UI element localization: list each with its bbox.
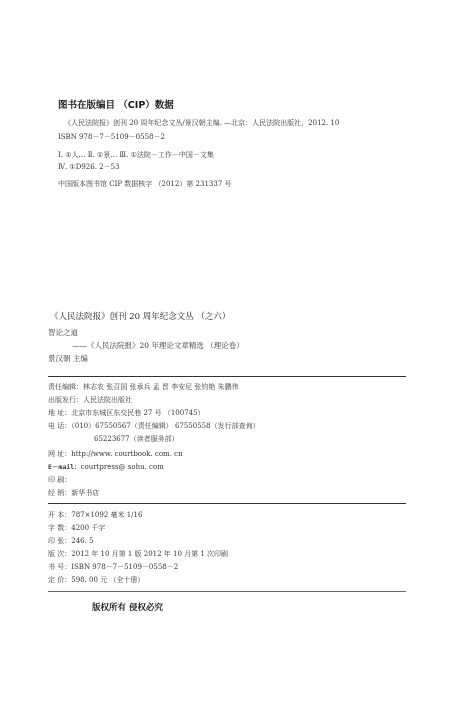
book-subtitle: ——《人民法院报》20 年理论文章精选 （理论卷）	[72, 340, 244, 351]
copyright-notice: 版权所有 侵权必究	[92, 601, 163, 613]
spec-row-wordcount: 字 数：4200 千字	[48, 523, 105, 533]
series-title: 《人民法院报》创刊 20 周年纪念文丛 （之六）	[50, 310, 230, 322]
cip-line-classification: Ⅰ. ①人… Ⅱ. ①景… Ⅲ. ①法院－工作－中国－文集	[58, 150, 214, 160]
spec-row-isbn: 书 号：ISBN 978－7－5109－0558－2	[48, 562, 178, 572]
publisher-row-email: E－mail：courtpress@ sohu. com	[48, 462, 164, 471]
cip-line-1: 《人民法院报》创刊 20 周年纪念文丛/景汉朝主编. —北京：人民法院出版社，2…	[64, 118, 339, 128]
cip-line-clc: Ⅳ. ①D926. 2－53	[58, 162, 120, 172]
book-editor: 景汉朝 主编	[48, 353, 88, 364]
publisher-row-seller: 经 销：新华书店	[48, 488, 99, 498]
cip-title: 图书在版编目 （CIP）数据	[58, 97, 174, 111]
website-link[interactable]: http://www. courtbook. com. cn	[71, 450, 182, 458]
publisher-row-phone: 电 话：（010）67550567（责任编辑） 67550558（发行部查询）	[48, 421, 260, 431]
divider-middle	[48, 503, 406, 504]
publisher-row-phone-2: 65223677（读者服务部）	[94, 434, 179, 444]
spec-row-price: 定 价：598. 00 元 （全十册）	[48, 575, 144, 585]
book-title: 智论之道	[48, 327, 78, 338]
cip-line-isbn: ISBN 978－7－5109－0558－2	[58, 132, 165, 142]
spec-row-edition: 版 次：2012 年 10 月第 1 版 2012 年 10 月第 1 次印刷	[48, 549, 228, 559]
publisher-row-address: 地 址：北京市东城区东交民巷 27 号 （100745）	[48, 408, 205, 418]
cip-line-record: 中国版本图书馆 CIP 数据核字 （2012）第 231337 号	[58, 179, 232, 189]
publisher-row-editors: 责任编辑：林志农 张召国 张承兵 孟 晋 李安尼 张钧艳 朱鹏伟	[48, 382, 239, 392]
publisher-row-distributor: 出版发行：人民法院出版社	[48, 395, 132, 405]
spec-row-format: 开 本：787×1092 毫米 1/16	[48, 510, 142, 520]
divider-bottom	[48, 591, 406, 592]
publisher-row-website: 网 址：http://www. courtbook. com. cn	[48, 449, 183, 459]
email-link[interactable]: courtpress@ sohu. com	[81, 463, 164, 471]
publisher-row-printer: 印 刷：	[48, 475, 71, 485]
divider-top	[48, 376, 406, 377]
spec-row-sheets: 印 张：246. 5	[48, 536, 94, 546]
